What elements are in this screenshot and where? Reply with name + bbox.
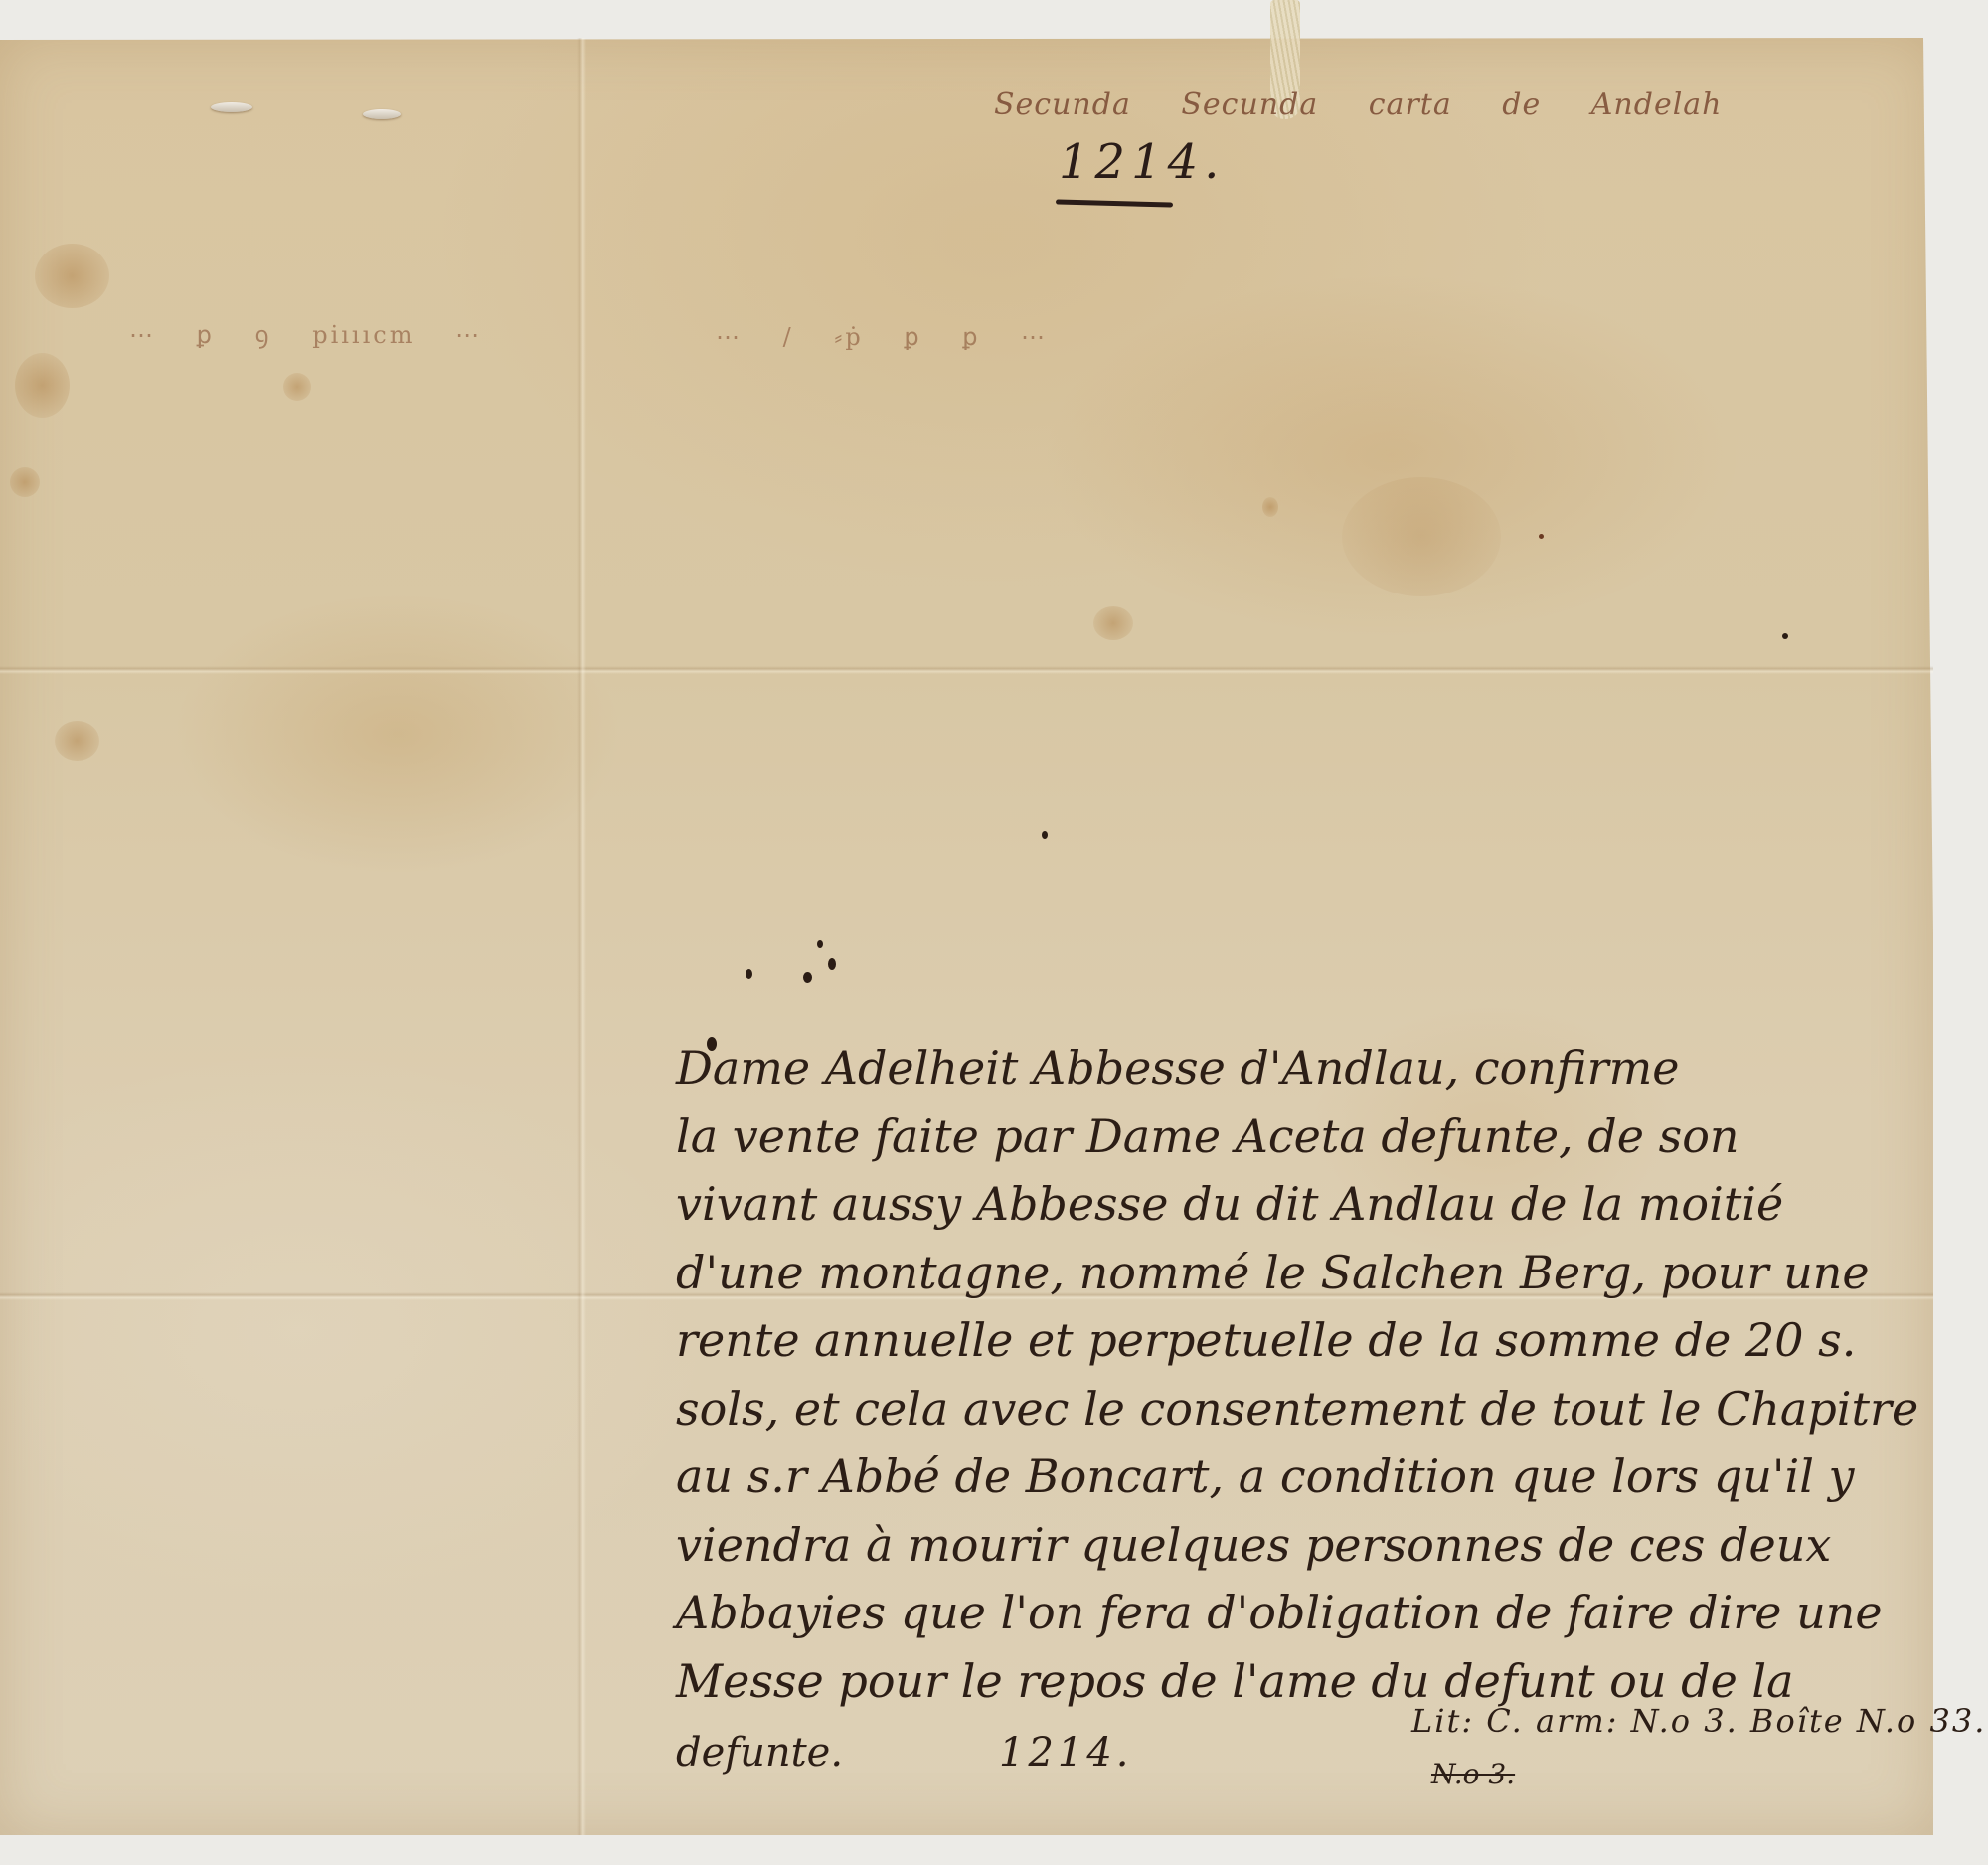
water-stain bbox=[10, 467, 40, 497]
ink-spot bbox=[745, 969, 752, 979]
summary-line: la vente faite par Dame Aceta defunte, d… bbox=[676, 1102, 1928, 1171]
endorsement-year: 1214. bbox=[1059, 134, 1225, 190]
summary-line: au s.r Abbé de Boncart, a condition que … bbox=[676, 1442, 1928, 1511]
archive-reference: Lit: C. arm: N.o 3. Boîte N.o 33. bbox=[1411, 1702, 1986, 1740]
ink-spot bbox=[1042, 831, 1048, 839]
water-stain bbox=[55, 721, 99, 761]
vertical-fold bbox=[577, 38, 586, 1835]
water-stain bbox=[1093, 606, 1133, 640]
water-stain bbox=[15, 353, 70, 418]
faint-bleedthrough-text: ⋯ / ⸗ṗ ꝑ ꝑ ⋯ bbox=[716, 323, 1048, 352]
ink-spot bbox=[828, 958, 836, 970]
archival-summary: Dame Adelheit Abbesse d'Andlau, confirme… bbox=[676, 1034, 1928, 1715]
summary-line: viendra à mourir quelques personnes de c… bbox=[676, 1511, 1928, 1580]
ink-spot bbox=[817, 940, 823, 948]
faint-bleedthrough-text: ⋯ ꝑ ꝯ piıııcm ⋯ bbox=[129, 318, 482, 351]
summary-line: d'une montagne, nommé le Salchen Berg, p… bbox=[676, 1239, 1928, 1307]
summary-final-word: defunte. bbox=[676, 1730, 843, 1776]
water-stain bbox=[35, 244, 109, 308]
summary-year: 1214. bbox=[999, 1730, 1133, 1776]
ink-spot bbox=[803, 972, 812, 983]
summary-line: Abbayies que l'on fera d'obligation de f… bbox=[676, 1579, 1928, 1647]
struck-reference: N.o 3. bbox=[1431, 1758, 1515, 1790]
horizontal-fold bbox=[0, 666, 1933, 674]
ink-spot bbox=[1539, 534, 1544, 539]
summary-line: sols, et cela avec le consentement de to… bbox=[676, 1375, 1928, 1443]
medieval-endorsement: Secunda Secunda carta de Andelah bbox=[994, 87, 1723, 122]
summary-line: rente annuelle et perpetuelle de la somm… bbox=[676, 1306, 1928, 1375]
water-stain bbox=[283, 373, 311, 401]
ink-spot bbox=[1782, 633, 1788, 639]
seal-slit bbox=[363, 109, 401, 119]
seal-slit bbox=[211, 102, 252, 112]
photo-stage: Secunda Secunda carta de Andelah 1214. ⋯… bbox=[0, 0, 1988, 1865]
water-stain bbox=[1262, 497, 1278, 517]
water-stain bbox=[1342, 477, 1501, 596]
summary-line: vivant aussy Abbesse du dit Andlau de la… bbox=[676, 1170, 1928, 1239]
summary-line: Dame Adelheit Abbesse d'Andlau, confirme bbox=[676, 1034, 1928, 1102]
